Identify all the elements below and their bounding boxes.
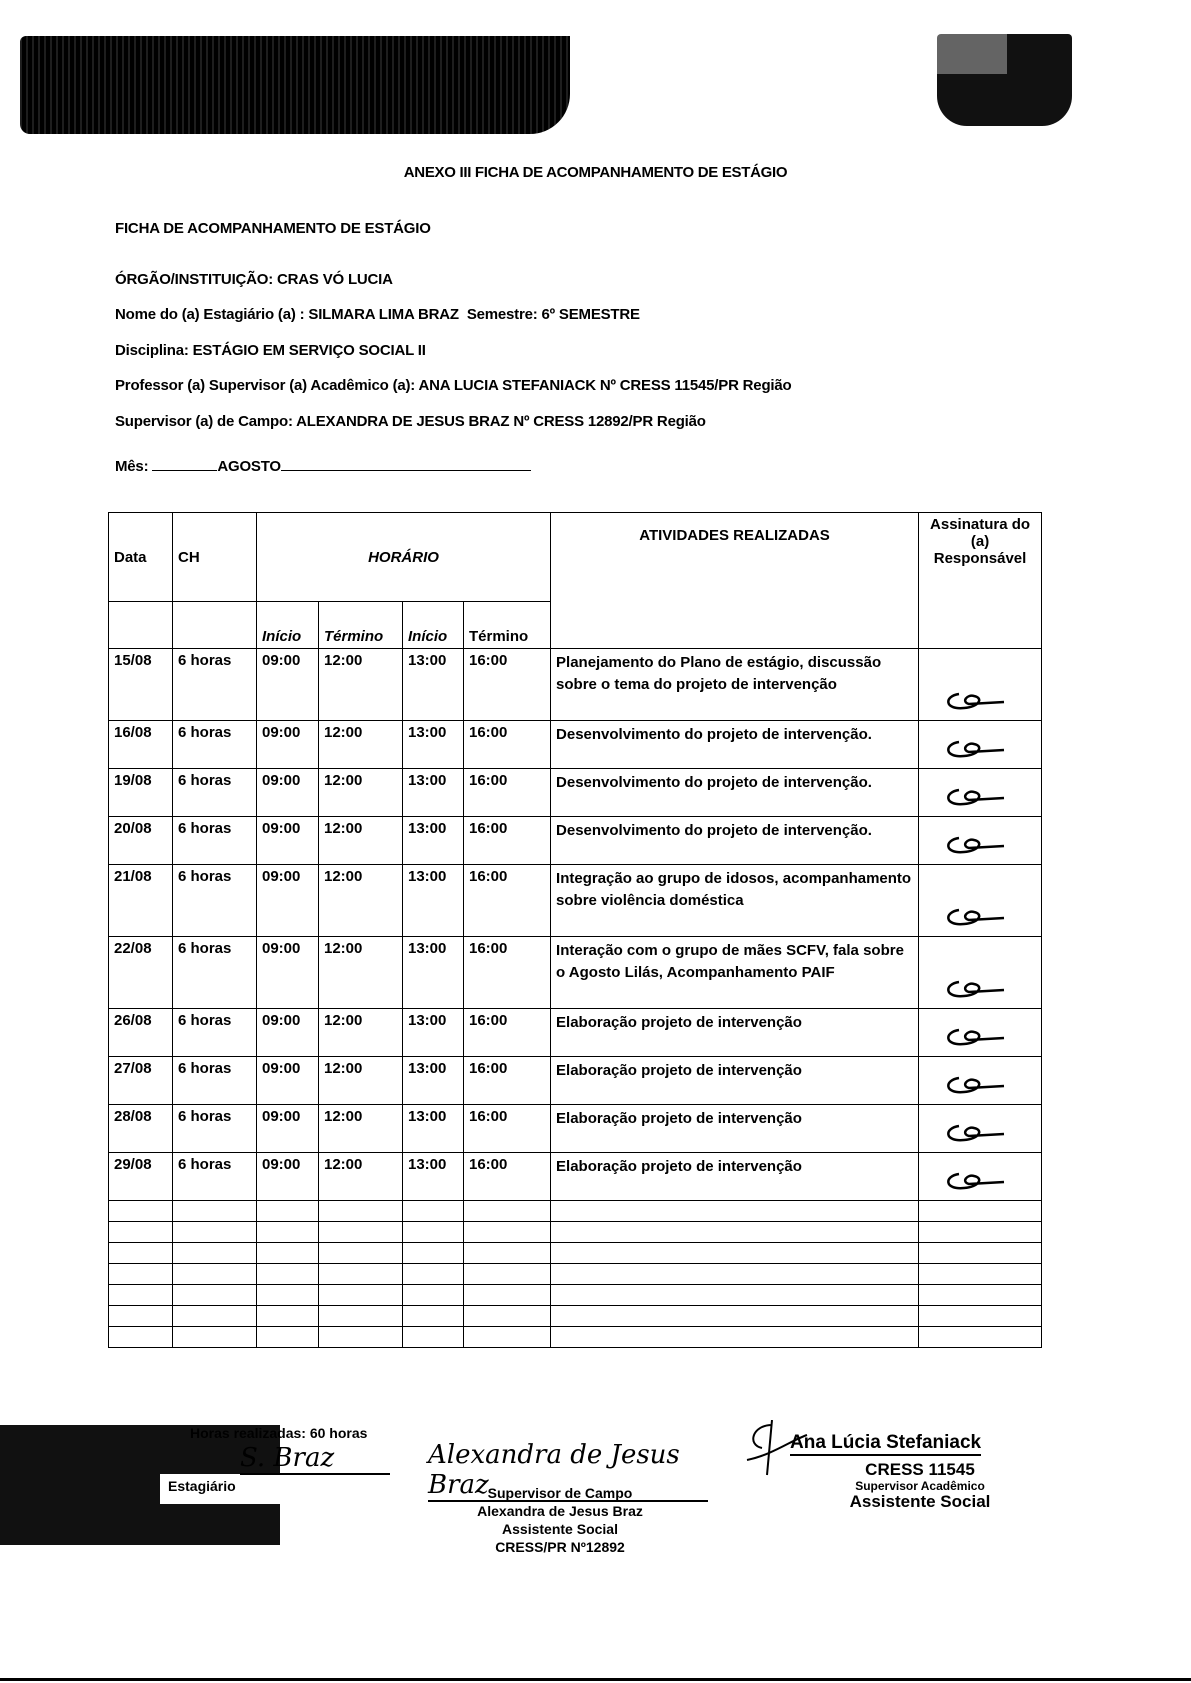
cell-data: 26/08: [109, 1009, 173, 1057]
signature-cell: [919, 1153, 1042, 1201]
cell-atividade: Elaboração projeto de intervenção: [551, 1105, 919, 1153]
empty-cell: [109, 1222, 173, 1243]
header-inicio-2: Início: [403, 602, 464, 649]
table-row: 28/086 horas09:0012:0013:0016:00Elaboraç…: [109, 1105, 1042, 1153]
cell-termino1: 12:00: [319, 1057, 403, 1105]
empty-table-row: [109, 1201, 1042, 1222]
empty-cell: [919, 1264, 1042, 1285]
empty-table-row: [109, 1243, 1042, 1264]
cell-ch: 6 horas: [173, 865, 257, 937]
empty-cell: [551, 1306, 919, 1327]
empty-cell: [464, 1222, 551, 1243]
estagiario-label: Nome do (a) Estagiário (a) :: [115, 306, 304, 323]
cell-ch: 6 horas: [173, 937, 257, 1009]
empty-cell: [319, 1306, 403, 1327]
empty-cell: [551, 1264, 919, 1285]
supervisor-field: Supervisor (a) de Campo: ALEXANDRA DE JE…: [115, 413, 706, 430]
signature-cell: [919, 1057, 1042, 1105]
cell-termino1: 12:00: [319, 649, 403, 721]
cell-ch: 6 horas: [173, 649, 257, 721]
table-row: 16/086 horas09:0012:0013:0016:00Desenvol…: [109, 721, 1042, 769]
empty-cell: [919, 1201, 1042, 1222]
mes-value: AGOSTO: [217, 458, 281, 475]
empty-cell: [319, 1243, 403, 1264]
empty-cell: [464, 1285, 551, 1306]
empty-cell: [109, 1306, 173, 1327]
cell-data: 15/08: [109, 649, 173, 721]
professor-field: Professor (a) Supervisor (a) Acadêmico (…: [115, 377, 791, 394]
cell-ch: 6 horas: [173, 1105, 257, 1153]
cell-termino2: 16:00: [464, 937, 551, 1009]
cell-data: 16/08: [109, 721, 173, 769]
cell-atividade: Interação com o grupo de mães SCFV, fala…: [551, 937, 919, 1009]
table-row: 20/086 horas09:0012:0013:0016:00Desenvol…: [109, 817, 1042, 865]
cell-data: 21/08: [109, 865, 173, 937]
empty-cell: [319, 1264, 403, 1285]
signature-cell: [919, 937, 1042, 1009]
mes-field: Mês: AGOSTO: [115, 458, 531, 475]
signature-scribble-icon: [939, 688, 1009, 714]
header-termino-1: Término: [319, 602, 403, 649]
cell-termino2: 16:00: [464, 721, 551, 769]
header-atividades: ATIVIDADES REALIZADAS: [551, 513, 919, 649]
empty-cell: [319, 1285, 403, 1306]
cell-termino2: 16:00: [464, 1009, 551, 1057]
table-row: 15/086 horas09:0012:0013:0016:00Planejam…: [109, 649, 1042, 721]
cell-data: 29/08: [109, 1153, 173, 1201]
signature-scribble-icon: [939, 1024, 1009, 1050]
cell-termino1: 12:00: [319, 1009, 403, 1057]
header-data: Data: [109, 513, 173, 602]
empty-cell: [257, 1306, 319, 1327]
empty-cell: [257, 1222, 319, 1243]
estagiario-value: SILMARA LIMA BRAZ: [308, 306, 458, 323]
activity-table: Data CH HORÁRIO ATIVIDADES REALIZADAS As…: [108, 512, 1042, 1348]
table-row: 26/086 horas09:0012:0013:0016:00Elaboraç…: [109, 1009, 1042, 1057]
empty-cell: [109, 1285, 173, 1306]
cell-termino1: 12:00: [319, 1105, 403, 1153]
empty-cell: [919, 1327, 1042, 1348]
empty-cell: [403, 1285, 464, 1306]
cell-atividade: Elaboração projeto de intervenção: [551, 1009, 919, 1057]
cell-inicio2: 13:00: [403, 649, 464, 721]
signature-cell: [919, 817, 1042, 865]
empty-cell: [173, 1306, 257, 1327]
cell-inicio2: 13:00: [403, 865, 464, 937]
empty-cell: [403, 1201, 464, 1222]
cell-data: 22/08: [109, 937, 173, 1009]
empty-cell: [109, 1264, 173, 1285]
total-hours: Horas realizadas: 60 horas: [190, 1425, 367, 1441]
empty-cell: [919, 1285, 1042, 1306]
empty-cell: [257, 1243, 319, 1264]
estagiario-label: Estagiário: [160, 1474, 300, 1504]
empty-cell: [403, 1222, 464, 1243]
cell-data: 28/08: [109, 1105, 173, 1153]
signature-scribble-icon: [939, 784, 1009, 810]
empty-cell: [257, 1327, 319, 1348]
cell-data: 20/08: [109, 817, 173, 865]
empty-table-row: [109, 1306, 1042, 1327]
empty-cell: [257, 1285, 319, 1306]
cell-termino2: 16:00: [464, 865, 551, 937]
empty-cell: [173, 1327, 257, 1348]
cell-inicio2: 13:00: [403, 721, 464, 769]
empty-cell: [464, 1243, 551, 1264]
cell-inicio1: 09:00: [257, 937, 319, 1009]
cell-inicio2: 13:00: [403, 937, 464, 1009]
table-row: 19/086 horas09:0012:0013:0016:00Desenvol…: [109, 769, 1042, 817]
signature-scribble-icon: [939, 736, 1009, 762]
cell-termino1: 12:00: [319, 865, 403, 937]
empty-cell: [173, 1222, 257, 1243]
professor-label: Professor (a) Supervisor (a) Acadêmico (…: [115, 377, 415, 394]
empty-cell: [551, 1201, 919, 1222]
cell-ch: 6 horas: [173, 1057, 257, 1105]
signature-cell: [919, 769, 1042, 817]
header-ch-sub: [173, 602, 257, 649]
table-row: 29/086 horas09:0012:0013:0016:00Elaboraç…: [109, 1153, 1042, 1201]
cell-inicio2: 13:00: [403, 1105, 464, 1153]
empty-cell: [403, 1264, 464, 1285]
page-bottom-edge: [0, 1678, 1191, 1681]
cell-atividade: Desenvolvimento do projeto de intervençã…: [551, 817, 919, 865]
cell-inicio1: 09:00: [257, 1105, 319, 1153]
professor-value: ANA LUCIA STEFANIACK Nº CRESS 11545/PR R…: [419, 377, 792, 394]
signature-scribble-icon: [939, 832, 1009, 858]
orgao-value: CRAS VÓ LUCIA: [277, 271, 393, 288]
cell-termino1: 12:00: [319, 937, 403, 1009]
cell-termino2: 16:00: [464, 769, 551, 817]
disciplina-label: Disciplina:: [115, 342, 189, 359]
cell-ch: 6 horas: [173, 817, 257, 865]
empty-table-row: [109, 1285, 1042, 1306]
empty-cell: [551, 1222, 919, 1243]
cell-inicio1: 09:00: [257, 769, 319, 817]
signature-scribble-icon: [939, 904, 1009, 930]
academico-stamp-line-1: CRESS 11545: [810, 1462, 1030, 1478]
empty-table-row: [109, 1264, 1042, 1285]
header-assinatura: Assinatura do (a) Responsável: [919, 513, 1042, 649]
empty-cell: [403, 1243, 464, 1264]
redacted-logo-right: [937, 34, 1072, 126]
empty-cell: [919, 1243, 1042, 1264]
signature-cell: [919, 865, 1042, 937]
stamp-line-1: Supervisor de Campo: [420, 1484, 700, 1502]
empty-cell: [551, 1327, 919, 1348]
cell-ch: 6 horas: [173, 1009, 257, 1057]
cell-inicio2: 13:00: [403, 1009, 464, 1057]
cell-inicio1: 09:00: [257, 1153, 319, 1201]
empty-cell: [319, 1222, 403, 1243]
cell-termino1: 12:00: [319, 721, 403, 769]
cell-inicio1: 09:00: [257, 1009, 319, 1057]
signature-cell: [919, 1009, 1042, 1057]
disciplina-value: ESTÁGIO EM SERVIÇO SOCIAL II: [193, 342, 426, 359]
table-row: 22/086 horas09:0012:0013:0016:00Interaçã…: [109, 937, 1042, 1009]
empty-cell: [173, 1264, 257, 1285]
cell-atividade: Elaboração projeto de intervenção: [551, 1153, 919, 1201]
signature-scribble-icon: [939, 1168, 1009, 1194]
header-data-sub: [109, 602, 173, 649]
empty-cell: [919, 1222, 1042, 1243]
cell-termino2: 16:00: [464, 1153, 551, 1201]
cell-termino2: 16:00: [464, 1105, 551, 1153]
signature-scribble-icon: [939, 1120, 1009, 1146]
empty-cell: [109, 1201, 173, 1222]
cell-ch: 6 horas: [173, 769, 257, 817]
cell-atividade: Planejamento do Plano de estágio, discus…: [551, 649, 919, 721]
empty-cell: [173, 1243, 257, 1264]
cell-termino2: 16:00: [464, 649, 551, 721]
cell-inicio1: 09:00: [257, 649, 319, 721]
semestre-label: Semestre:: [467, 306, 538, 323]
empty-cell: [403, 1306, 464, 1327]
cell-atividade: Desenvolvimento do projeto de intervençã…: [551, 769, 919, 817]
cell-inicio1: 09:00: [257, 865, 319, 937]
academico-stamp-line-3: Assistente Social: [810, 1494, 1030, 1510]
cell-atividade: Integração ao grupo de idosos, acompanha…: [551, 865, 919, 937]
supervisor-campo-stamp: Supervisor de Campo Alexandra de Jesus B…: [420, 1484, 700, 1556]
mes-label: Mês:: [115, 458, 148, 475]
empty-cell: [464, 1327, 551, 1348]
empty-cell: [319, 1327, 403, 1348]
empty-cell: [464, 1201, 551, 1222]
stamp-line-2: Alexandra de Jesus Braz: [420, 1502, 700, 1520]
signature-scribble-icon: [939, 1072, 1009, 1098]
academico-stamp: CRESS 11545 Supervisor Acadêmico Assiste…: [810, 1462, 1030, 1510]
cell-atividade: Desenvolvimento do projeto de intervençã…: [551, 721, 919, 769]
header-inicio-1: Início: [257, 602, 319, 649]
empty-cell: [109, 1327, 173, 1348]
cell-inicio2: 13:00: [403, 769, 464, 817]
cell-data: 19/08: [109, 769, 173, 817]
annex-title: ANEXO III FICHA DE ACOMPANHAMENTO DE EST…: [0, 164, 1191, 181]
cell-inicio2: 13:00: [403, 1153, 464, 1201]
table-row: 21/086 horas09:0012:0013:0016:00Integraç…: [109, 865, 1042, 937]
estagiario-field: Nome do (a) Estagiário (a) : SILMARA LIM…: [115, 306, 640, 323]
form-title: FICHA DE ACOMPANHAMENTO DE ESTÁGIO: [115, 220, 431, 237]
cell-ch: 6 horas: [173, 1153, 257, 1201]
signature-cell: [919, 1105, 1042, 1153]
cell-termino1: 12:00: [319, 769, 403, 817]
academico-signature-name: Ana Lúcia Stefaniack: [790, 1432, 981, 1456]
empty-cell: [464, 1306, 551, 1327]
empty-cell: [403, 1327, 464, 1348]
empty-cell: [173, 1285, 257, 1306]
empty-cell: [173, 1201, 257, 1222]
semestre-value: 6º SEMESTRE: [542, 306, 640, 323]
header-ch: CH: [173, 513, 257, 602]
supervisor-value: ALEXANDRA DE JESUS BRAZ Nº CRESS 12892/P…: [296, 413, 706, 430]
header-termino-2: Término: [464, 602, 551, 649]
supervisor-label: Supervisor (a) de Campo:: [115, 413, 293, 430]
empty-cell: [551, 1285, 919, 1306]
cell-inicio1: 09:00: [257, 1057, 319, 1105]
header-horario: HORÁRIO: [257, 513, 551, 602]
estagiario-signature: S. Braz: [240, 1443, 390, 1475]
signature-cell: [919, 649, 1042, 721]
empty-cell: [919, 1306, 1042, 1327]
disciplina-field: Disciplina: ESTÁGIO EM SERVIÇO SOCIAL II: [115, 342, 426, 359]
cell-inicio1: 09:00: [257, 721, 319, 769]
cell-ch: 6 horas: [173, 721, 257, 769]
cell-inicio2: 13:00: [403, 1057, 464, 1105]
cell-atividade: Elaboração projeto de intervenção: [551, 1057, 919, 1105]
stamp-line-4: CRESS/PR Nº12892: [420, 1538, 700, 1556]
orgao-label: ÓRGÃO/INSTITUIÇÃO:: [115, 271, 273, 288]
empty-cell: [551, 1243, 919, 1264]
cell-termino2: 16:00: [464, 817, 551, 865]
orgao-field: ÓRGÃO/INSTITUIÇÃO: CRAS VÓ LUCIA: [115, 271, 393, 288]
cell-termino1: 12:00: [319, 1153, 403, 1201]
empty-cell: [109, 1243, 173, 1264]
table-row: 27/086 horas09:0012:0013:0016:00Elaboraç…: [109, 1057, 1042, 1105]
empty-cell: [257, 1201, 319, 1222]
redacted-logo-left: [20, 36, 570, 134]
cell-termino2: 16:00: [464, 1057, 551, 1105]
stamp-line-3: Assistente Social: [420, 1520, 700, 1538]
empty-table-row: [109, 1222, 1042, 1243]
signature-scribble-icon: [939, 976, 1009, 1002]
empty-cell: [257, 1264, 319, 1285]
empty-cell: [319, 1201, 403, 1222]
cell-inicio1: 09:00: [257, 817, 319, 865]
empty-table-row: [109, 1327, 1042, 1348]
cell-termino1: 12:00: [319, 817, 403, 865]
signature-cell: [919, 721, 1042, 769]
empty-cell: [464, 1264, 551, 1285]
cell-inicio2: 13:00: [403, 817, 464, 865]
cell-data: 27/08: [109, 1057, 173, 1105]
